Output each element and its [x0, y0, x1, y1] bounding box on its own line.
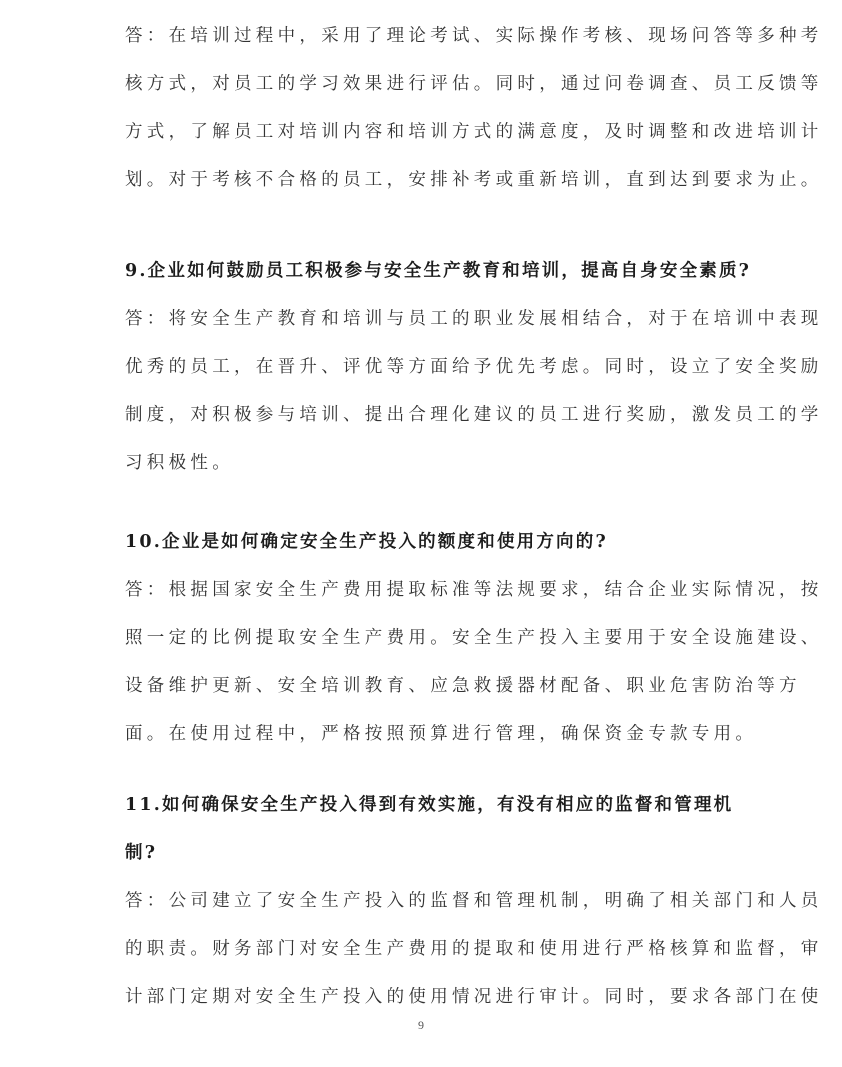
answer-9-line-1: 答：将安全生产教育和培训与员工的职业发展相结合，对于在培训中表现 [125, 307, 725, 331]
answer-8-line-2: 核方式，对员工的学习效果进行评估。同时，通过问卷调查、员工反馈等 [125, 72, 725, 96]
question-11-heading-line-2: 制? [125, 841, 725, 865]
question-9-heading: 9.企业如何鼓励员工积极参与安全生产教育和培训，提高自身安全素质? [125, 259, 725, 283]
answer-11-line-3: 计部门定期对安全生产投入的使用情况进行审计。同时，要求各部门在使 [125, 985, 725, 1009]
answer-8-line-1: 答：在培训过程中，采用了理论考试、实际操作考核、现场问答等多种考 [125, 24, 725, 48]
question-11-heading-line-1: 11.如何确保安全生产投入得到有效实施，有没有相应的监督和管理机 [125, 793, 725, 817]
answer-8-line-4: 划。对于考核不合格的员工，安排补考或重新培训，直到达到要求为止。 [125, 168, 725, 192]
answer-8-line-3: 方式，了解员工对培训内容和培训方式的满意度，及时调整和改进培训计 [125, 120, 725, 144]
page-number: 9 [0, 1018, 842, 1033]
answer-11-line-2: 的职责。财务部门对安全生产费用的提取和使用进行严格核算和监督，审 [125, 937, 725, 961]
answer-9-line-2: 优秀的员工，在晋升、评优等方面给予优先考虑。同时，设立了安全奖励 [125, 355, 725, 379]
answer-9-line-4: 习积极性。 [125, 451, 725, 475]
question-10-heading: 10.企业是如何确定安全生产投入的额度和使用方向的? [125, 530, 725, 554]
answer-10-line-1: 答：根据国家安全生产费用提取标准等法规要求，结合企业实际情况，按 [125, 578, 725, 602]
answer-10-line-2: 照一定的比例提取安全生产费用。安全生产投入主要用于安全设施建设、 [125, 626, 725, 650]
answer-10-line-4: 面。在使用过程中，严格按照预算进行管理，确保资金专款专用。 [125, 722, 725, 746]
document-page: 答：在培训过程中，采用了理论考试、实际操作考核、现场问答等多种考 核方式，对员工… [0, 0, 842, 1067]
answer-10-line-3: 设备维护更新、安全培训教育、应急救援器材配备、职业危害防治等方 [125, 674, 725, 698]
answer-9-line-3: 制度，对积极参与培训、提出合理化建议的员工进行奖励，激发员工的学 [125, 403, 725, 427]
answer-11-line-1: 答：公司建立了安全生产投入的监督和管理机制，明确了相关部门和人员 [125, 889, 725, 913]
